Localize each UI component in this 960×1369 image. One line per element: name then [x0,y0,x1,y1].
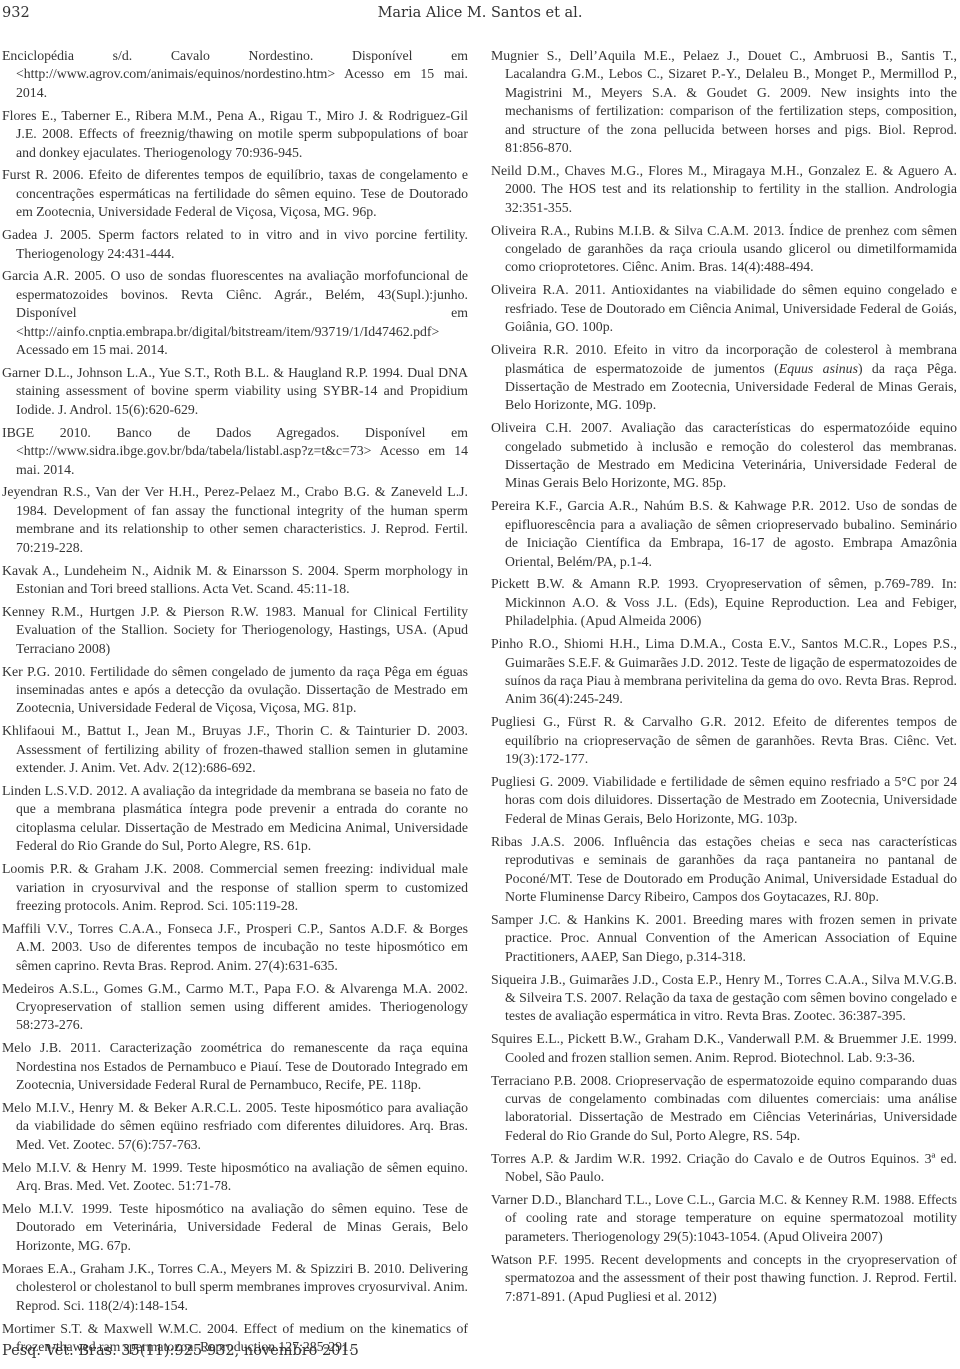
reference-entry: Medeiros A.S.L., Gomes G.M., Carmo M.T.,… [2,980,468,1035]
reference-entry: Pinho R.O., Shiomi H.H., Lima D.M.A., Co… [491,635,957,709]
reference-entry: Ribas J.A.S. 2006. Influência das estaçõ… [491,833,957,907]
reference-entry: Pickett B.W. & Amann R.P. 1993. Cryopres… [491,575,957,630]
reference-entry: Terraciano P.B. 2008. Criopreservação de… [491,1072,957,1146]
reference-entry: Khlifaoui M., Battut I., Jean M., Bruyas… [2,722,468,777]
references-section: Enciclopédia s/d. Cavalo Nordestino. Dis… [2,47,958,1361]
reference-entry: Torres A.P. & Jardim W.R. 1992. Criação … [491,1150,957,1187]
reference-entry: Melo M.I.V. 1999. Teste hiposmótico na a… [2,1200,468,1255]
reference-entry: Neild D.M., Chaves M.G., Flores M., Mira… [491,162,957,217]
reference-entry: Siqueira J.B., Guimarães J.D., Costa E.P… [491,971,957,1026]
reference-entry: Melo M.I.V. & Henry M. 1999. Teste hipos… [2,1159,468,1196]
references-column-right: Mugnier S., Dell’Aquila M.E., Pelaez J.,… [491,47,957,1311]
reference-entry: Gadea J. 2005. Sperm factors related to … [2,226,468,263]
reference-entry: Oliveira C.H. 2007. Avaliação das caract… [491,419,957,493]
references-column-left: Enciclopédia s/d. Cavalo Nordestino. Dis… [2,47,468,1361]
reference-entry: Watson P.F. 1995. Recent developments an… [491,1251,957,1306]
reference-entry: Squires E.L., Pickett B.W., Graham D.K.,… [491,1030,957,1067]
reference-entry: Furst R. 2006. Efeito de diferentes temp… [2,166,468,221]
running-title: Maria Alice M. Santos et al. [0,4,960,22]
reference-entry: Pereira K.F., Garcia A.R., Nahúm B.S. & … [491,497,957,571]
journal-footer: Pesq. Vet. Bras. 35(11):925-932, novembr… [2,1342,359,1360]
reference-entry: IBGE 2010. Banco de Dados Agregados. Dis… [2,424,468,479]
reference-entry: Enciclopédia s/d. Cavalo Nordestino. Dis… [2,47,468,102]
reference-entry: Melo M.I.V., Henry M. & Beker A.R.C.L. 2… [2,1099,468,1154]
reference-entry: Loomis P.R. & Graham J.K. 2008. Commerci… [2,860,468,915]
reference-entry: Mugnier S., Dell’Aquila M.E., Pelaez J.,… [491,47,957,157]
reference-entry: Oliveira R.R. 2010. Efeito in vitro da i… [491,341,957,415]
reference-entry: Ker P.G. 2010. Fertilidade do sêmen cong… [2,663,468,718]
reference-entry: Moraes E.A., Graham J.K., Torres C.A., M… [2,1260,468,1315]
reference-entry: Pugliesi G. 2009. Viabilidade e fertilid… [491,773,957,828]
reference-entry: Varner D.D., Blanchard T.L., Love C.L., … [491,1191,957,1246]
reference-entry: Garner D.L., Johnson L.A., Yue S.T., Rot… [2,364,468,419]
reference-entry: Garcia A.R. 2005. O uso de sondas fluore… [2,267,468,359]
reference-entry: Linden L.S.V.D. 2012. A avaliação da int… [2,782,468,856]
reference-entry: Jeyendran R.S., Van der Ver H.H., Perez-… [2,483,468,557]
reference-entry: Kenney R.M., Hurtgen J.P. & Pierson R.W.… [2,603,468,658]
reference-entry: Kavak A., Lundeheim N., Aidnik M. & Eina… [2,562,468,599]
reference-entry: Flores E., Taberner E., Ribera M.M., Pen… [2,107,468,162]
reference-entry: Oliveira R.A., Rubins M.I.B. & Silva C.A… [491,222,957,277]
reference-entry: Pugliesi G., Fürst R. & Carvalho G.R. 20… [491,713,957,768]
reference-entry: Melo J.B. 2011. Caracterização zoométric… [2,1039,468,1094]
reference-entry: Maffili V.V., Torres C.A.A., Fonseca J.F… [2,920,468,975]
reference-entry: Samper J.C. & Hankins K. 2001. Breeding … [491,911,957,966]
reference-entry: Oliveira R.A. 2011. Antioxidantes na via… [491,281,957,336]
